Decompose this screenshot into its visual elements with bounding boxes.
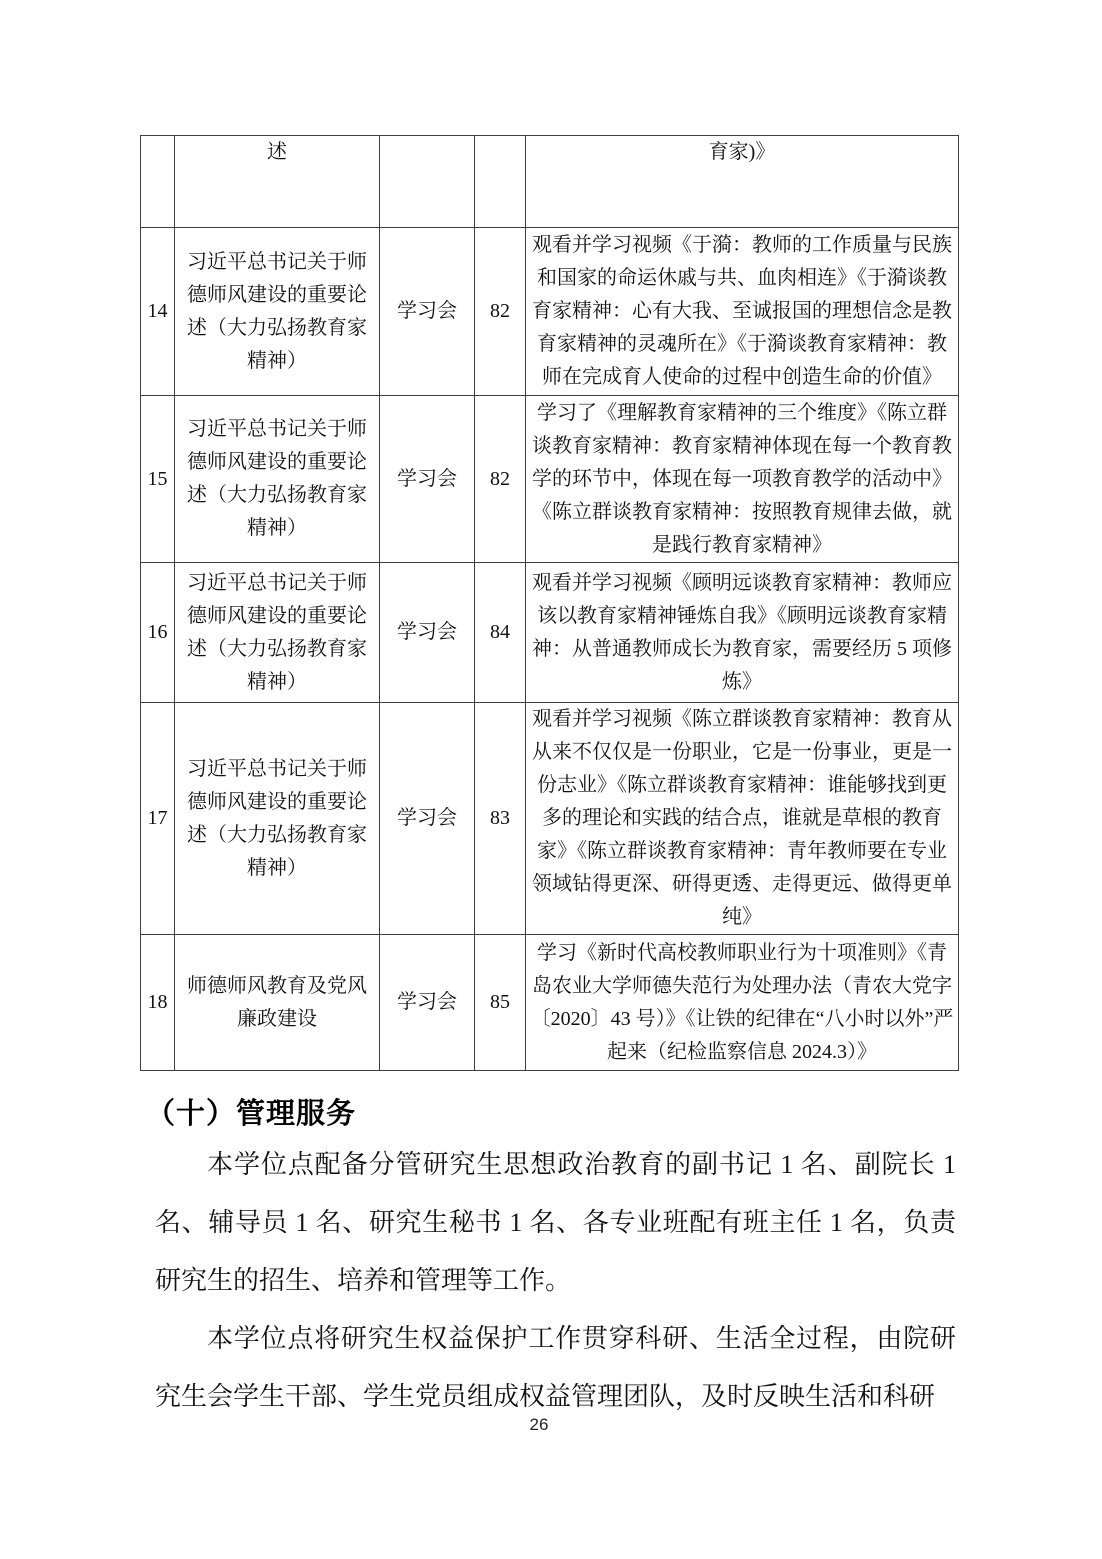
cell-content: 观看并学习视频《陈立群谈教育家精神：教育从从来不仅仅是一份职业，它是一份事业，更… [526, 703, 959, 935]
cell-no: 18 [141, 935, 175, 1071]
table-row: 15 习近平总书记关于师德师风建设的重要论述（大力弘扬教育家精神） 学习会 82… [141, 396, 959, 563]
cell-no: 16 [141, 563, 175, 703]
page-number: 26 [0, 1415, 1078, 1435]
cell-content: 育家)》 [526, 136, 959, 228]
activity-table: 述 育家)》 14 习近平总书记关于师德师风建设的重要论述（大力弘扬教育家精神）… [140, 135, 959, 1071]
cell-count [475, 136, 526, 228]
cell-topic: 师德师风教育及党风廉政建设 [175, 935, 380, 1071]
cell-no: 15 [141, 396, 175, 563]
section-heading: （十）管理服务 [146, 1094, 356, 1134]
cell-count: 83 [475, 703, 526, 935]
cell-no: 17 [141, 703, 175, 935]
table-row-carryover: 述 育家)》 [141, 136, 959, 228]
paragraph-2: 本学位点将研究生权益保护工作贯穿科研、生活全过程，由院研究生会学生干部、学生党员… [155, 1310, 956, 1426]
cell-count: 82 [475, 396, 526, 563]
body-text: 本学位点配备分管研究生思想政治教育的副书记 1 名、副院长 1 名、辅导员 1 … [155, 1136, 956, 1426]
document-page: 述 育家)》 14 习近平总书记关于师德师风建设的重要论述（大力弘扬教育家精神）… [0, 0, 1102, 1559]
cell-content: 学习了《理解教育家精神的三个维度》《陈立群谈教育家精神：教育家精神体现在每一个教… [526, 396, 959, 563]
cell-topic: 习近平总书记关于师德师风建设的重要论述（大力弘扬教育家精神） [175, 563, 380, 703]
cell-topic: 习近平总书记关于师德师风建设的重要论述（大力弘扬教育家精神） [175, 703, 380, 935]
table-row: 14 习近平总书记关于师德师风建设的重要论述（大力弘扬教育家精神） 学习会 82… [141, 228, 959, 396]
cell-count: 84 [475, 563, 526, 703]
cell-count: 85 [475, 935, 526, 1071]
table-row: 16 习近平总书记关于师德师风建设的重要论述（大力弘扬教育家精神） 学习会 84… [141, 563, 959, 703]
cell-topic: 习近平总书记关于师德师风建设的重要论述（大力弘扬教育家精神） [175, 396, 380, 563]
cell-no: 14 [141, 228, 175, 396]
cell-count: 82 [475, 228, 526, 396]
cell-topic: 述 [175, 136, 380, 228]
cell-content: 学习《新时代高校教师职业行为十项准则》《青岛农业大学师德失范行为处理办法（青农大… [526, 935, 959, 1071]
cell-no [141, 136, 175, 228]
table-row: 17 习近平总书记关于师德师风建设的重要论述（大力弘扬教育家精神） 学习会 83… [141, 703, 959, 935]
cell-topic: 习近平总书记关于师德师风建设的重要论述（大力弘扬教育家精神） [175, 228, 380, 396]
cell-form: 学习会 [380, 935, 475, 1071]
table-row: 18 师德师风教育及党风廉政建设 学习会 85 学习《新时代高校教师职业行为十项… [141, 935, 959, 1071]
cell-form: 学习会 [380, 703, 475, 935]
paragraph-1: 本学位点配备分管研究生思想政治教育的副书记 1 名、副院长 1 名、辅导员 1 … [155, 1136, 956, 1310]
cell-content: 观看并学习视频《于漪：教师的工作质量与民族和国家的命运休戚与共、血肉相连》《于漪… [526, 228, 959, 396]
cell-content: 观看并学习视频《顾明远谈教育家精神：教师应该以教育家精神锤炼自我》《顾明远谈教育… [526, 563, 959, 703]
cell-form: 学习会 [380, 396, 475, 563]
cell-form: 学习会 [380, 563, 475, 703]
cell-form: 学习会 [380, 228, 475, 396]
cell-form [380, 136, 475, 228]
